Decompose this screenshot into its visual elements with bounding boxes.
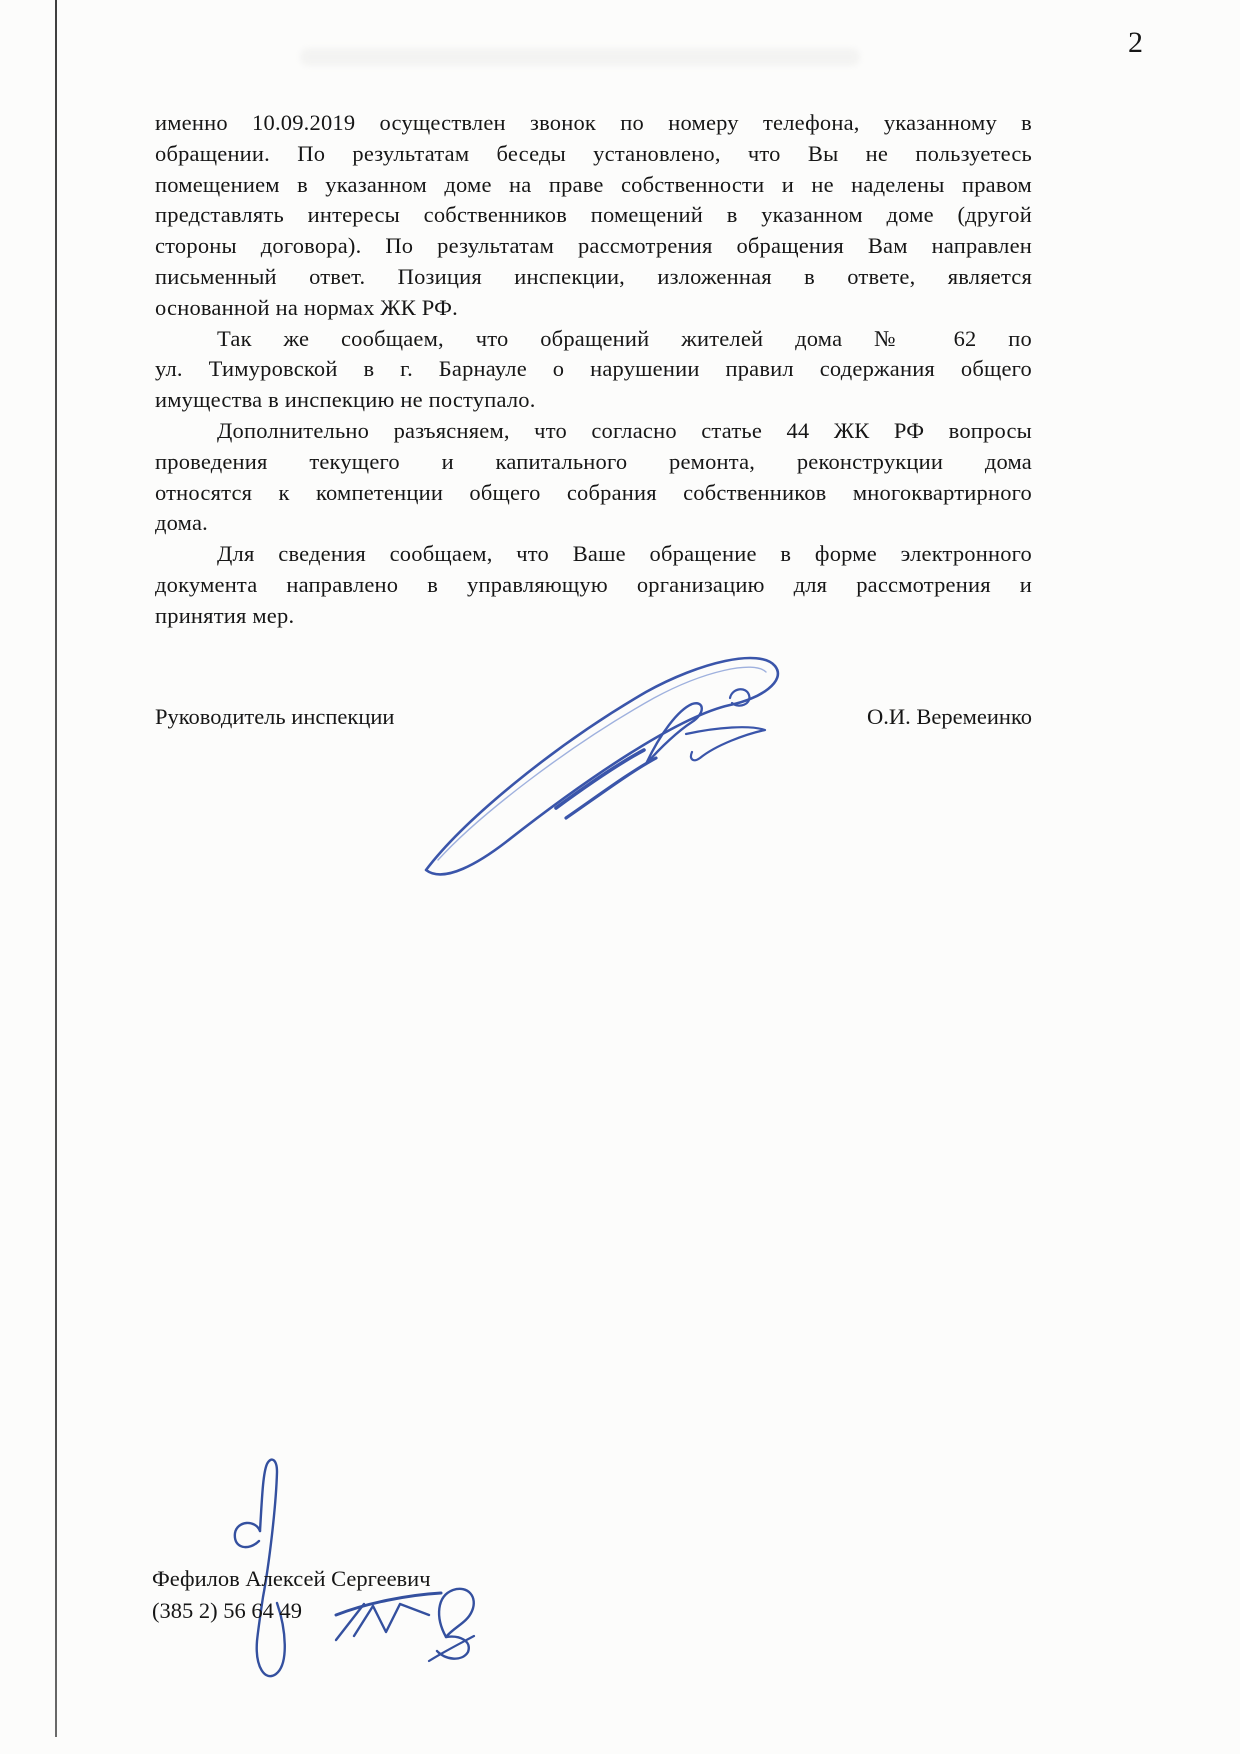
text-line: принятия мер. (155, 601, 1032, 632)
text-line: обращении. По результатам беседы установ… (155, 139, 1032, 170)
executor-name: Фефилов Алексей Сергеевич (152, 1563, 652, 1595)
text-line: помещением в указанном доме на праве соб… (155, 170, 1032, 201)
director-signature-ink (408, 646, 808, 891)
text-line: письменный ответ. Позиция инспекции, изл… (155, 262, 1032, 293)
text-line: проведения текущего и капитального ремон… (155, 447, 1032, 478)
signer-title: Руководитель инспекции (155, 702, 394, 732)
text-line: основанной на нормах ЖК РФ. (155, 293, 1032, 324)
scan-artifact-smudge (300, 48, 860, 66)
body-paragraph: Так же сообщаем, что обращений жителей д… (155, 324, 1032, 416)
text-line: Дополнительно разъясняем, что согласно с… (155, 416, 1032, 447)
signer-name: О.И. Веремеинко (867, 702, 1032, 732)
scanned-letter-page: 2 именно 10.09.2019 осуществлен звонок п… (0, 0, 1240, 1754)
body-paragraph: Дополнительно разъясняем, что согласно с… (155, 416, 1032, 539)
body-paragraph: именно 10.09.2019 осуществлен звонок по … (155, 108, 1032, 324)
text-line: документа направлено в управляющую орган… (155, 570, 1032, 601)
text-line: представлять интересы собственников поме… (155, 200, 1032, 231)
scan-edge-line (55, 0, 57, 1737)
text-line: ул. Тимуровской в г. Барнауле о нарушени… (155, 354, 1032, 385)
text-line: стороны договора). По результатам рассмо… (155, 231, 1032, 262)
executor-phone: (385 2) 56 64 49 (152, 1595, 652, 1627)
body-paragraph: Для сведения сообщаем, что Ваше обращени… (155, 539, 1032, 631)
text-line: Так же сообщаем, что обращений жителей д… (155, 324, 1032, 355)
executor-footer: Фефилов Алексей Сергеевич (385 2) 56 64 … (152, 1563, 652, 1626)
text-line: имущества в инспекцию не поступало. (155, 385, 1032, 416)
text-line: дома. (155, 508, 1032, 539)
letter-body: именно 10.09.2019 осуществлен звонок по … (155, 108, 1032, 632)
text-line: именно 10.09.2019 осуществлен звонок по … (155, 108, 1032, 139)
text-line: относятся к компетенции общего собрания … (155, 478, 1032, 509)
text-line: Для сведения сообщаем, что Ваше обращени… (155, 539, 1032, 570)
page-number: 2 (1128, 26, 1143, 60)
